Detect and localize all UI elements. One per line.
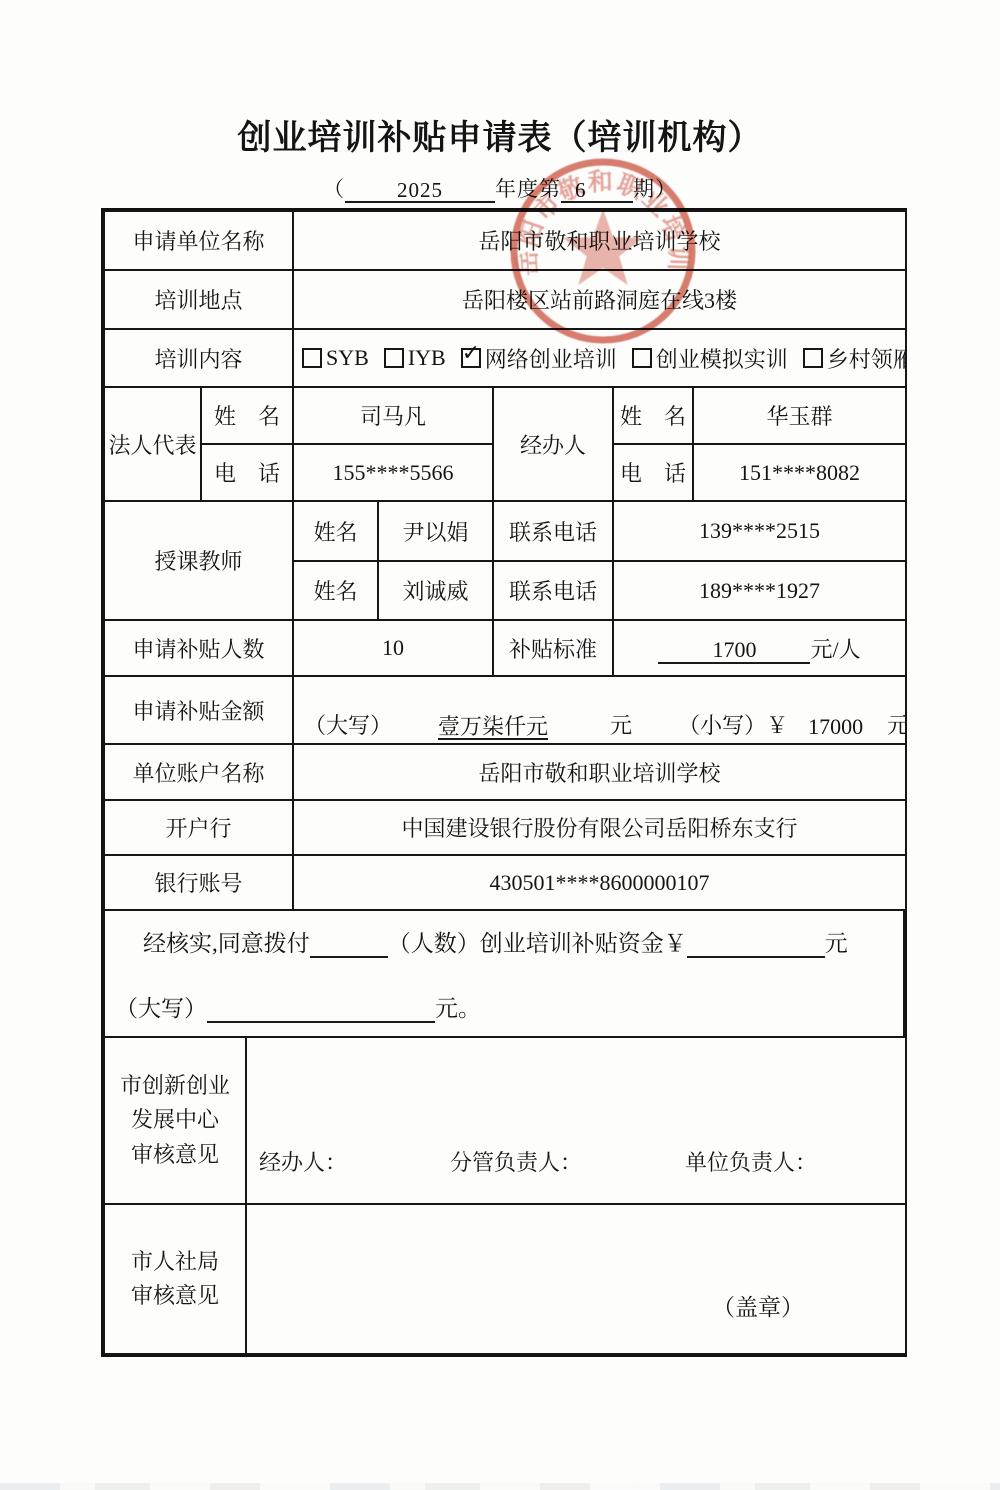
period-open-paren: （ (323, 173, 345, 203)
teachers-label: 授课教师 (104, 501, 293, 620)
label-line: 审核意见 (105, 1279, 245, 1313)
signer-unit-head: 单位负责人： (685, 1146, 817, 1177)
agent-label: 经办人 (493, 387, 613, 501)
applicant-count-value: 10 (293, 620, 493, 676)
legal-rep-phone-value: 155****5566 (293, 444, 493, 501)
training-option-label: SYB (326, 345, 369, 371)
form-period-line: （2025年度第6期） (0, 173, 1000, 203)
approval-suffix: 元 (825, 931, 848, 956)
unit-name-label: 申请单位名称 (104, 211, 293, 270)
check-mark-icon: ✓ (462, 343, 480, 365)
table-row: 申请补贴金额 （大写） 壹万柒仟元 元 （小写）￥ 17000 元 (104, 676, 906, 744)
bureau-review-label: 市人社局 审核意见 (104, 1204, 246, 1354)
training-option-label: 网络创业培训 (485, 343, 617, 374)
caps-prefix: （大写） (115, 996, 207, 1021)
training-option: IYB (384, 345, 446, 371)
subsidy-amount-cell: （大写） 壹万柒仟元 元 （小写）￥ 17000 元 (293, 676, 906, 744)
checkbox-icon (384, 348, 404, 368)
bureau-review-body: （盖章） (246, 1204, 906, 1354)
subsidy-standard-cell: 1700元/人 (613, 620, 906, 676)
teacher1-name-label: 姓名 (293, 501, 378, 561)
table-row: 授课教师 姓名 尹以娟 联系电话 139****2515 (104, 501, 906, 561)
review-grid: 市创新创业 发展中心 审核意见 经办人： 分管负责人： 单位负责人： (103, 1036, 907, 1355)
agent-phone-label: 电 话 (613, 444, 693, 501)
center-review-body: 经办人： 分管负责人： 单位负责人： (246, 1037, 906, 1204)
label-line: 市创新创业 (105, 1069, 245, 1103)
label-line: 审核意见 (105, 1138, 245, 1172)
standard-blank: 1700 (658, 638, 810, 663)
approval-line1: 经核实,同意拨付（人数）创业培训补贴资金￥元 (105, 925, 903, 958)
year-blank: 2025 (345, 179, 495, 203)
small-amount: 17000 (808, 714, 863, 740)
application-table: 申请单位名称 岳阳市敬和职业培训学校 培训地点 岳阳楼区站前路洞庭在线3楼 培训… (101, 208, 907, 1357)
teacher2-phone-value: 189****1927 (613, 561, 906, 620)
center-review-label: 市创新创业 发展中心 审核意见 (104, 1037, 246, 1204)
bank-label: 开户行 (104, 800, 293, 855)
approval-grid: 经核实,同意拨付（人数）创业培训补贴资金￥元 （大写）元。 (103, 909, 905, 1038)
table-row: 培训地点 岳阳楼区站前路洞庭在线3楼 (104, 270, 906, 329)
training-option-label: 乡村领雁 (827, 343, 906, 374)
training-site-label: 培训地点 (104, 270, 293, 329)
legal-rep-label: 法人代表 (104, 387, 201, 501)
caps-suffix: 元。 (435, 996, 481, 1021)
table-row: 经核实,同意拨付（人数）创业培训补贴资金￥元 （大写）元。 (104, 910, 904, 1037)
checkbox-icon (302, 348, 322, 368)
table-row: 市创新创业 发展中心 审核意见 经办人： 分管负责人： 单位负责人： (104, 1037, 906, 1204)
subsidy-amount-line: （大写） 壹万柒仟元 元 （小写）￥ 17000 元 (294, 709, 905, 743)
approval-mid: （人数）创业培训补贴资金￥ (388, 931, 687, 956)
account-name-value: 岳阳市敬和职业培训学校 (293, 744, 906, 800)
table-row: 培训内容 SYBIYB✓网络创业培训创业模拟实训乡村领雁 (104, 329, 906, 387)
bank-value: 中国建设银行股份有限公司岳阳桥东支行 (293, 800, 906, 855)
page-title: 创业培训补贴申请表（培训机构） (0, 110, 1000, 159)
training-content-cell: SYBIYB✓网络创业培训创业模拟实训乡村领雁 (293, 329, 906, 387)
issue-blank: 6 (561, 179, 633, 203)
training-option: 乡村领雁 (803, 343, 906, 374)
center-review-label-lines: 市创新创业 发展中心 审核意见 (105, 1069, 245, 1171)
training-option: ✓网络创业培训 (461, 343, 617, 374)
application-form-page: 创业培训补贴申请表（培训机构） （2025年度第6期） 申请单位名称 岳阳市敬和… (0, 0, 1000, 1490)
approval-line2: （大写）元。 (105, 990, 903, 1023)
amount-blank (687, 956, 825, 958)
subsidy-amount-label: 申请补贴金额 (104, 676, 293, 744)
applicant-count-label: 申请补贴人数 (104, 620, 293, 676)
checkbox-checked-icon: ✓ (461, 348, 481, 368)
legal-rep-name-label: 姓 名 (201, 387, 293, 444)
small-unit: 元 (887, 709, 906, 740)
caps-unit: 元 (610, 709, 632, 740)
teacher1-name-value: 尹以娟 (378, 501, 493, 561)
teacher2-phone-label: 联系电话 (493, 561, 613, 620)
label-line: 发展中心 (105, 1103, 245, 1137)
checkbox-icon (803, 348, 823, 368)
table-row: 银行账号 430501****8600000107 (104, 855, 906, 910)
training-site-value: 岳阳楼区站前路洞庭在线3楼 (293, 270, 906, 329)
teacher1-phone-label: 联系电话 (493, 501, 613, 561)
training-option-label: IYB (408, 345, 446, 371)
subsidy-standard-label: 补贴标准 (493, 620, 613, 676)
teacher2-name-label: 姓名 (293, 561, 378, 620)
teacher2-name-value: 刘诚威 (378, 561, 493, 620)
period-close-paren: 期） (633, 173, 677, 203)
training-option: 创业模拟实训 (632, 343, 788, 374)
signer-line: 经办人： 分管负责人： 单位负责人： (247, 1146, 905, 1203)
table-row: 开户行 中国建设银行股份有限公司岳阳桥东支行 (104, 800, 906, 855)
unit-name-value: 岳阳市敬和职业培训学校 (293, 211, 906, 270)
approval-prefix: 经核实,同意拨付 (143, 931, 310, 956)
period-mid-text: 年度第 (495, 173, 561, 203)
standard-unit: 元/人 (810, 637, 860, 662)
legal-rep-name-value: 司马凡 (293, 387, 493, 444)
signer-supervisor: 分管负责人： (450, 1146, 582, 1177)
training-option: SYB (302, 345, 369, 371)
legal-rep-phone-label: 电 话 (201, 444, 293, 501)
caps-blank (207, 1021, 435, 1023)
main-grid: 申请单位名称 岳阳市敬和职业培训学校 培训地点 岳阳楼区站前路洞庭在线3楼 培训… (103, 210, 907, 911)
label-line: 市人社局 (105, 1245, 245, 1279)
small-label: （小写）￥ (678, 709, 788, 740)
caps-label: （大写） (304, 709, 392, 740)
subsidy-standard-line: 1700元/人 (658, 637, 860, 662)
table-row: 法人代表 姓 名 司马凡 经办人 姓 名 华玉群 (104, 387, 906, 444)
agent-phone-value: 151****8082 (693, 444, 906, 501)
table-row: 申请单位名称 岳阳市敬和职业培训学校 (104, 211, 906, 270)
count-blank (310, 956, 388, 958)
signer-agent: 经办人： (259, 1146, 347, 1177)
training-content-options: SYBIYB✓网络创业培训创业模拟实训乡村领雁 (294, 343, 905, 374)
seal-placeholder: （盖章） (247, 1289, 905, 1322)
caps-amount-blank: 壹万柒仟元 (438, 715, 548, 740)
account-number-value: 430501****8600000107 (293, 855, 906, 910)
account-name-label: 单位账户名称 (104, 744, 293, 800)
agent-name-value: 华玉群 (693, 387, 906, 444)
teacher1-phone-value: 139****2515 (613, 501, 906, 561)
table-row: 申请补贴人数 10 补贴标准 1700元/人 (104, 620, 906, 676)
checkbox-icon (632, 348, 652, 368)
training-content-label: 培训内容 (104, 329, 293, 387)
account-number-label: 银行账号 (104, 855, 293, 910)
training-option-label: 创业模拟实训 (656, 343, 788, 374)
table-row: 市人社局 审核意见 （盖章） (104, 1204, 906, 1354)
page-bottom-artifact (0, 1483, 1000, 1490)
agent-name-label: 姓 名 (613, 387, 693, 444)
approval-cell: 经核实,同意拨付（人数）创业培训补贴资金￥元 （大写）元。 (104, 910, 904, 1037)
bureau-review-label-lines: 市人社局 审核意见 (105, 1245, 245, 1313)
table-row: 单位账户名称 岳阳市敬和职业培训学校 (104, 744, 906, 800)
